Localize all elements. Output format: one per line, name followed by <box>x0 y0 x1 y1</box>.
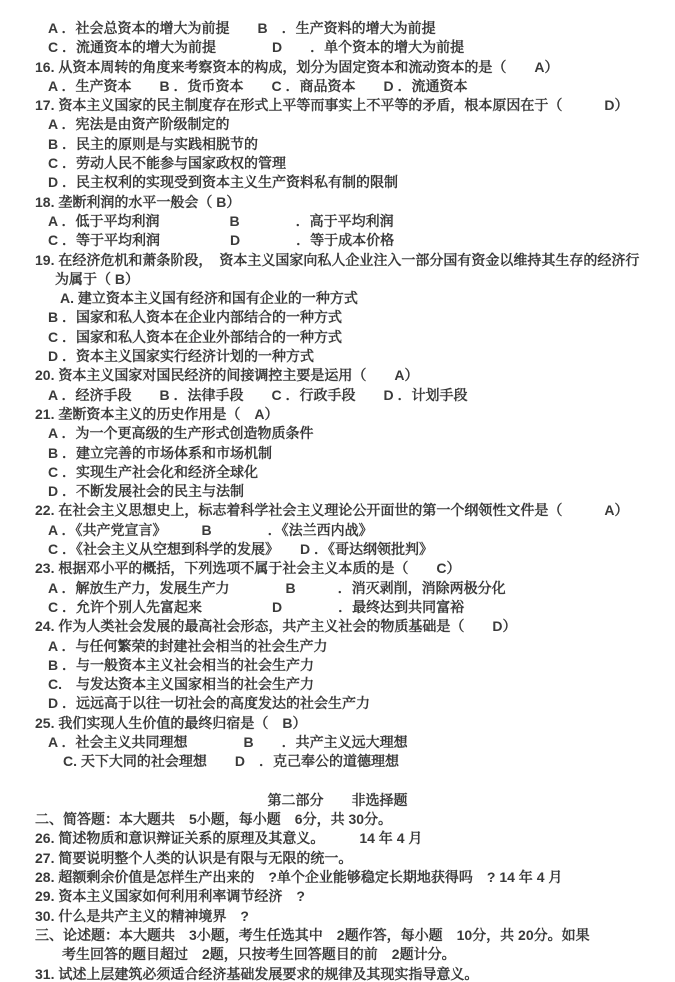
text-line: 28. 超额剩余价值是怎样生产出来的 ?单个企业能够稳定长期地获得吗 ? 14 … <box>0 868 675 887</box>
text-line: 29. 资本主义国家如何利用利率调节经济 ? <box>0 887 675 906</box>
text-line: A ．社会总资本的增大为前提 B ．生产资料的增大为前提 <box>0 19 675 38</box>
text-line: C ．国家和私人资本在企业外部结合的一种方式 <box>0 328 675 347</box>
text-line: D ．远远高于以往一切社会的高度发达的社会生产力 <box>0 694 675 713</box>
text-line: A ．社会主义共同理想 B ．共产主义远大理想 <box>0 733 675 752</box>
text-line: 16. 从资本周转的角度来考察资本的构成，划分为固定资本和流动资本的是（ A） <box>0 58 675 77</box>
text-line: 21. 垄断资本主义的历史作用是（ A） <box>0 405 675 424</box>
text-line: B ．国家和私人资本在企业内部结合的一种方式 <box>0 308 675 327</box>
text-line: 27. 简要说明整个人类的认识是有限与无限的统一。 <box>0 849 675 868</box>
text-line: 19. 在经济危机和萧条阶段， 资本主义国家向私人企业注入一部分国有资金以维持其… <box>0 251 675 270</box>
text-line: 24. 作为人类社会发展的最高社会形态，共产主义社会的物质基础是（ D） <box>0 617 675 636</box>
text-line: D ．不断发展社会的民主与法制 <box>0 482 675 501</box>
text-line: D ．民主权利的实现受到资本主义生产资料私有制的限制 <box>0 173 675 192</box>
text-line: A ．生产资本 B ．货币资本 C ．商品资本 D ．流通资本 <box>0 77 675 96</box>
text-line: B ．与一般资本主义社会相当的社会生产力 <box>0 656 675 675</box>
text-line: 18. 垄断利润的水平一般会（ B） <box>0 193 675 212</box>
text-line: C. 天下大同的社会理想 D ．克己奉公的道德理想 <box>0 752 675 771</box>
text-line: C. 与发达资本主义国家相当的社会生产力 <box>0 675 675 694</box>
text-line: 30. 什么是共产主义的精神境界 ? <box>0 907 675 926</box>
text-line: 22. 在社会主义思想史上，标志着科学社会主义理论公开面世的第一个纲领性文件是（… <box>0 501 675 520</box>
text-line: B ．建立完善的市场体系和市场机制 <box>0 444 675 463</box>
text-line: A ．经济手段 B ．法律手段 C ．行政手段 D ．计划手段 <box>0 386 675 405</box>
text-line: D ．资本主义国家实行经济计划的一种方式 <box>0 347 675 366</box>
text-line: 考生回答的题目超过 2题，只按考生回答题目的前 2题计分。 <box>0 945 675 964</box>
text-line: C ．流通资本的增大为前提 D ．单个资本的增大为前提 <box>0 38 675 57</box>
text-line: 20. 资本主义国家对国民经济的间接调控主要是运用（ A） <box>0 366 675 385</box>
text-line: 26. 简述物质和意识辩证关系的原理及其意义。 14 年 4 月 <box>0 829 675 848</box>
text-line: A ．与任何繁荣的封建社会相当的社会生产力 <box>0 637 675 656</box>
document-body: A ．社会总资本的增大为前提 B ．生产资料的增大为前提C ．流通资本的增大为前… <box>0 19 675 982</box>
text-line: A ．《共产党宣言》 B ．《法兰西内战》 <box>0 521 675 540</box>
exam-page: A ．社会总资本的增大为前提 B ．生产资料的增大为前提C ．流通资本的增大为前… <box>0 0 675 982</box>
text-line: 17. 资本主义国家的民主制度存在形式上平等而事实上不平等的矛盾，根本原因在于（… <box>0 96 675 115</box>
text-line <box>0 772 675 791</box>
text-line: A. 建立资本主义国有经济和国有企业的一种方式 <box>0 289 675 308</box>
text-line: 25. 我们实现人生价值的最终归宿是（ B） <box>0 714 675 733</box>
text-line: A ．宪法是由资产阶级制定的 <box>0 115 675 134</box>
text-line: C ．等于平均利润 D ．等于成本价格 <box>0 231 675 250</box>
text-line: 为属于（ B） <box>0 270 675 289</box>
text-line: C ．《社会主义从空想到科学的发展》 D ．《哥达纲领批判》 <box>0 540 675 559</box>
part2-heading: 第二部分 非选择题 <box>0 791 675 810</box>
text-line: A ．解放生产力，发展生产力 B ．消灭剥削，消除两极分化 <box>0 579 675 598</box>
text-line: 31. 试述上层建筑必须适合经济基础发展要求的规律及其现实指导意义。 <box>0 965 675 982</box>
text-line: 二、简答题：本大题共 5小题，每小题 6分，共 30分。 <box>0 810 675 829</box>
text-line: C ．允许个别人先富起来 D ．最终达到共同富裕 <box>0 598 675 617</box>
text-line: A ．为一个更高级的生产形式创造物质条件 <box>0 424 675 443</box>
text-line: A ．低于平均利润 B ．高于平均利润 <box>0 212 675 231</box>
text-line: C ．劳动人民不能参与国家政权的管理 <box>0 154 675 173</box>
text-line: C ．实现生产社会化和经济全球化 <box>0 463 675 482</box>
text-line: B ．民主的原则是与实践相脱节的 <box>0 135 675 154</box>
text-line: 23. 根据邓小平的概括，下列选项不属于社会主义本质的是（ C） <box>0 559 675 578</box>
text-line: 三、论述题：本大题共 3小题，考生任选其中 2题作答，每小题 10分，共 20分… <box>0 926 675 945</box>
